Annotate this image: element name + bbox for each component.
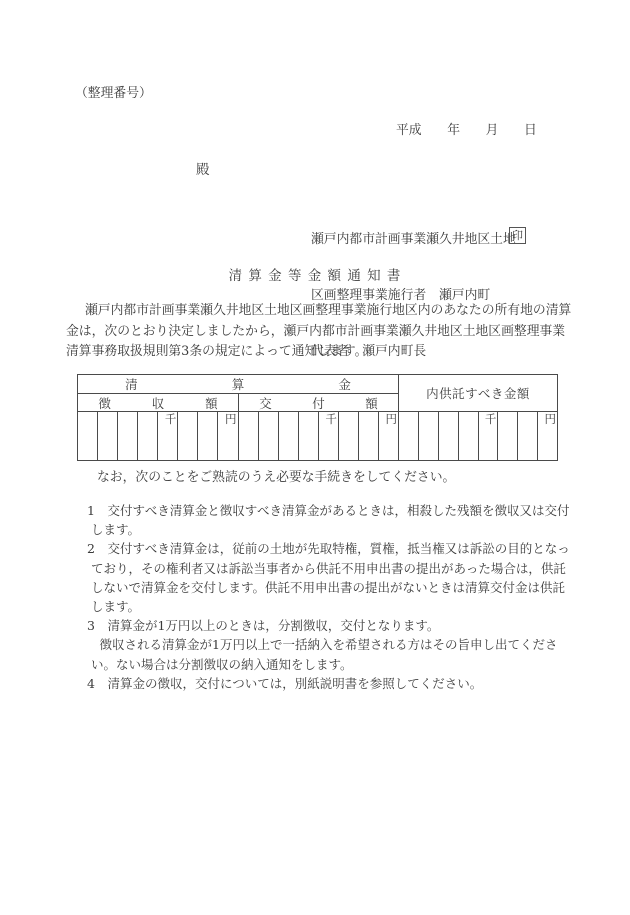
- header-char: 徴: [98, 394, 111, 412]
- amount-digit-cell: [439, 412, 459, 460]
- instructions-list: 1 交付すべき清算金と徴収すべき清算金があるときは，相殺した残額を徴収又は交付 …: [87, 501, 570, 693]
- amount-digit-cell: [419, 412, 439, 460]
- header-seisankin: 清 算 金: [78, 375, 398, 394]
- body-line: 瀬戸内都市計画事業瀬久井地区土地区画整理事業施行地区内のあなたの所有地の清算: [66, 301, 572, 322]
- thousand-unit-cell: 千: [319, 412, 339, 460]
- addressee-honorific: 殿: [196, 158, 210, 178]
- amount-digit-cell: [138, 412, 158, 460]
- body-line: 金は，次のとおり決定しましたから，瀬戸内都市計画事業瀬久井地区土地区画整理事業: [66, 322, 572, 343]
- header-char: 額: [205, 394, 218, 412]
- sub-header-row: 徴 収 額 交 付 額: [78, 394, 398, 412]
- issue-date-line: 平成 年 月 日: [396, 119, 537, 138]
- instruction-line: い。ない場合は分割徴収の納入通知をします。: [87, 655, 570, 674]
- amount-digit-cell: [78, 412, 98, 460]
- body-line: 清算事務取扱規則第3条の規定によって通知します。: [66, 342, 572, 363]
- document-title: 清 算 金 等 金 額 通 知 書: [0, 264, 630, 284]
- yen-unit-cell: 円: [218, 412, 238, 460]
- yen-unit-cell: 円: [538, 412, 557, 460]
- amount-digit-cell: [279, 412, 299, 460]
- thousand-unit-cell: 千: [479, 412, 499, 460]
- instruction-line: 徴収される清算金が1万円以上で一括納入を希望される方はその旨申し出てくださ: [87, 635, 570, 654]
- kyotaku-section: 内供託すべき金額 千 円: [398, 375, 557, 460]
- amount-digit-cell: [118, 412, 138, 460]
- seisankin-section: 清 算 金 徴 収 額 交 付 額: [78, 375, 398, 460]
- amount-digit-cell: [98, 412, 118, 460]
- kyotaku-digit-cells: 千 円: [399, 412, 557, 460]
- amount-digit-cell: [498, 412, 518, 460]
- note-line: なお，次のことをご熟読のうえ必要な手続きをしてください。: [97, 466, 455, 485]
- instruction-line: します。: [87, 520, 570, 539]
- header-kofu-gaku: 交 付 額: [238, 394, 398, 411]
- amount-digit-cell: [178, 412, 198, 460]
- amount-digit-cell: [459, 412, 479, 460]
- header-char: 収: [152, 394, 165, 412]
- choshu-kofu-digit-cells: 千 円 千 円: [78, 412, 398, 460]
- header-char: 交: [259, 394, 272, 412]
- settlement-notice-document: （整理番号） 平成 年 月 日 殿 瀬戸内都市計画事業瀬久井地区土地 区画整理事…: [0, 0, 630, 915]
- instruction-line: ており，その権利者又は訴訟当事者から供託不用申出書の提出があった場合は，供託: [87, 559, 570, 578]
- amount-digit-cell: [518, 412, 538, 460]
- instruction-line: 3 清算金が1万円以上のときは，分割徴収，交付となります。: [87, 616, 570, 635]
- seal-stamp: 印: [509, 227, 526, 244]
- instruction-line: します。: [87, 597, 570, 616]
- header-choshu-gaku: 徴 収 額: [78, 394, 238, 411]
- instruction-line: 4 清算金の徴収，交付については，別紙説明書を参照してください。: [87, 674, 570, 693]
- thousand-unit-cell: 千: [158, 412, 178, 460]
- yen-unit-cell: 円: [379, 412, 398, 460]
- header-char: 算: [232, 375, 245, 393]
- amount-digit-cell: [239, 412, 259, 460]
- header-char: 金: [338, 375, 351, 393]
- issuer-line-1: 瀬戸内都市計画事業瀬久井地区土地: [311, 231, 516, 250]
- reference-number-label: （整理番号）: [75, 82, 152, 101]
- amount-digit-cell: [359, 412, 379, 460]
- issuer-block: 瀬戸内都市計画事業瀬久井地区土地 区画整理事業施行者 瀬戸内町 代表者 瀬戸内町…: [311, 194, 516, 399]
- instruction-line: しないで清算金を交付します。供託不用申出書の提出がないときは清算交付金は供託: [87, 578, 570, 597]
- header-char: 清: [125, 375, 138, 393]
- header-char: 額: [365, 394, 378, 412]
- amount-digit-cell: [259, 412, 279, 460]
- header-char: 付: [312, 394, 325, 412]
- settlement-amount-table: 清 算 金 徴 収 額 交 付 額: [77, 374, 558, 461]
- header-kyotaku-kingaku: 内供託すべき金額: [399, 375, 557, 412]
- instruction-line: 2 交付すべき清算金は，従前の土地が先取特権，質権，抵当権又は訴訟の目的となっ: [87, 539, 570, 558]
- amount-digit-cell: [339, 412, 359, 460]
- amount-digit-cell: [399, 412, 419, 460]
- body-paragraph: 瀬戸内都市計画事業瀬久井地区土地区画整理事業施行地区内のあなたの所有地の清算 金…: [66, 301, 572, 363]
- amount-digit-cell: [299, 412, 319, 460]
- instruction-line: 1 交付すべき清算金と徴収すべき清算金があるときは，相殺した残額を徴収又は交付: [87, 501, 570, 520]
- amount-digit-cell: [198, 412, 218, 460]
